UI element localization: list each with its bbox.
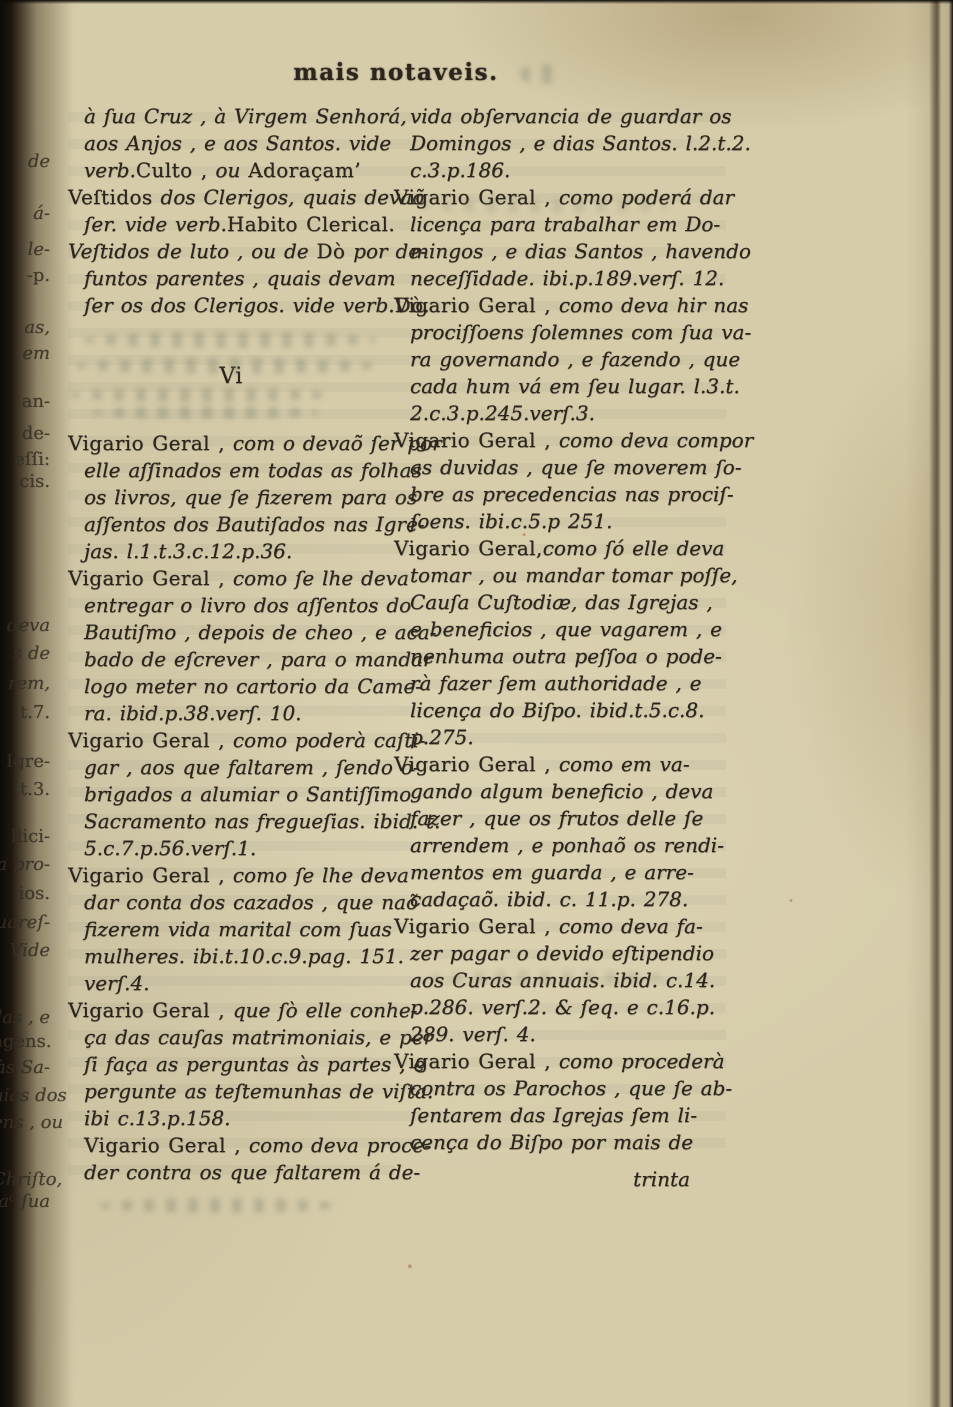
catchword: trinta <box>394 1167 690 1191</box>
text-line: fizerem vida marital com ſuas <box>68 916 394 943</box>
index-entry: Veſtidos de luto , ou de Dò por de-funto… <box>68 238 394 319</box>
gutter-text-fragment: ios. <box>0 884 50 904</box>
text-line: funtos parentes , quais devam <box>68 265 394 292</box>
text-line: rà fazer ſem authoridade , e <box>394 670 726 697</box>
text-line: licença do Biſpo. ibid.t.5.c.8. <box>394 697 726 724</box>
index-entry: à ſua Cruz , à Virgem Senhorá,aos Anjos … <box>68 103 394 184</box>
gutter-text-fragment: a pro- <box>0 855 50 875</box>
show-through-smudge <box>520 64 562 84</box>
text-line: gando algum beneficio , deva <box>394 778 726 805</box>
index-column-left: à ſua Cruz , à Virgem Senhorá,aos Anjos … <box>68 103 394 1186</box>
text-line: dar conta dos cazados , que naõ <box>68 889 394 916</box>
text-line: mulheres. ibi.t.10.c.9.pag. 151. <box>68 943 394 970</box>
index-entry: Vigario Geral,como ſó elle devatomar , o… <box>394 535 726 751</box>
show-through-smudge <box>430 970 670 983</box>
index-entry: Vigario Geral , que ſò elle conhe-ça das… <box>68 997 394 1132</box>
gutter-text-fragment: às Sa- <box>0 1058 50 1078</box>
text-line: cadaçaõ. ibid. c. 11.p. 278. <box>394 886 726 913</box>
gutter-text-fragment: de <box>0 152 50 172</box>
text-line: Vigario Geral , como deva proce- <box>68 1132 394 1159</box>
show-through-smudge <box>100 1198 338 1213</box>
gutter-text-fragment: uias dos <box>0 1086 50 1106</box>
scan-top-edge <box>0 0 953 4</box>
running-header: mais notaveis. <box>68 59 724 86</box>
text-line: Domingos , e dias Santos. l.2.t.2. <box>394 130 726 157</box>
text-line: der contra os que faltarem á de- <box>68 1159 394 1186</box>
index-entry: vida obſervancia de guardar osDomingos ,… <box>394 103 726 184</box>
gutter-text-fragment: .t.3. <box>0 780 50 800</box>
page-edge <box>929 0 953 1407</box>
gutter-text-fragment: cis. <box>0 472 50 492</box>
gutter-text-fragment: Chriſto, <box>0 1170 50 1190</box>
text-line: verſ.4. <box>68 970 394 997</box>
text-line: prociſſoens ſolemnes com ſua va- <box>394 319 726 346</box>
text-line: jas. l.1.t.3.c.12.p.36. <box>68 538 394 565</box>
text-line: Vigario Geral , como em va- <box>394 751 726 778</box>
text-line: ſer. vide verb.Habito Clerical. <box>68 211 394 238</box>
text-line: Vigario Geral , como procederà <box>394 1048 726 1075</box>
text-line: pergunte as teſtemunhas de viſta. <box>68 1078 394 1105</box>
text-line: mingos , e dias Santos , havendo <box>394 238 726 265</box>
text-line: neceſſidade. ibi.p.189.verſ. 12. <box>394 265 726 292</box>
text-line: brigados a alumiar o Santiſſimo <box>68 781 394 808</box>
show-through-smudge <box>76 358 378 374</box>
gutter-text-fragment: rem, <box>0 674 50 694</box>
index-entry: Vigario Geral , como ſe lhe devadar cont… <box>68 862 394 997</box>
text-line: p.286. verſ.2. & ſeq. e c.16.p. <box>394 994 726 1021</box>
index-column-right: vida obſervancia de guardar osDomingos ,… <box>394 103 726 1156</box>
text-line: Vigario Geral , que ſò elle conhe- <box>68 997 394 1024</box>
index-entry: Vigario Geral , com o devaõ ſer porelle … <box>68 430 394 565</box>
text-line: ibi c.13.p.158. <box>68 1105 394 1132</box>
text-line: Vigario Geral , como deva compor <box>394 427 726 454</box>
index-entry: Vigario Geral , como ſe lhe devaentregar… <box>68 565 394 727</box>
text-line: Vigario Geral , como deva fa- <box>394 913 726 940</box>
text-line: ſentarem das Igrejas ſem li- <box>394 1102 726 1129</box>
gutter-text-fragment: as, <box>0 318 50 338</box>
book-scan: mais notaveis. à ſua Cruz , à Virgem Sen… <box>0 0 953 1407</box>
gutter-text-fragment: -p. <box>0 266 50 286</box>
gutter-text-fragment: aᶜ ſua <box>0 1192 50 1212</box>
gutter-text-fragment: uareſ- <box>0 913 50 933</box>
text-line: 5.c.7.p.56.verſ.1. <box>68 835 394 862</box>
text-line: os livros, que ſe fizerem para os <box>68 484 394 511</box>
gutter-text-fragment: las , e <box>0 1008 50 1028</box>
text-line: 289. verſ. 4. <box>394 1021 726 1048</box>
gutter-text-fragment: ens , ou <box>0 1113 50 1133</box>
text-line: mentos em guarda , e arre- <box>394 859 726 886</box>
text-line: as duvidas , que ſe moverem ſo- <box>394 454 726 481</box>
text-line: Veſtidos de luto , ou de Dò por de- <box>68 238 394 265</box>
gutter-text-fragment: agens. <box>0 1032 50 1052</box>
gutter-text-fragment: t.7. <box>0 703 50 723</box>
show-through-smudge <box>84 332 376 348</box>
show-through-smudge <box>70 388 332 402</box>
text-line: aſſentos dos Bautiſados nas Igre- <box>68 511 394 538</box>
gutter-text-fragment: de- <box>0 424 50 444</box>
gutter-text-fragment: llici- <box>0 827 50 847</box>
text-line: ſi faça as perguntas às partes , e <box>68 1051 394 1078</box>
show-through-smudge <box>420 200 670 213</box>
text-line: ra. ibid.p.38.verſ. 10. <box>68 700 394 727</box>
text-line: zer pagar o devido eſtipendio <box>394 940 726 967</box>
gutter-text-fragment: le- <box>0 240 50 260</box>
text-line: 2.c.3.p.245.verſ.3. <box>394 400 726 427</box>
text-line: gar , aos que faltarem , ſendo o- <box>68 754 394 781</box>
text-line: nenhuma outra peſſoa o pode- <box>394 643 726 670</box>
text-line: Vigario Geral , com o devaõ ſer por <box>68 430 394 457</box>
text-line: verb.Culto , ou Adoraçam’ <box>68 157 394 184</box>
text-line: Veſtidos dos Clerigos, quais devaõ <box>68 184 394 211</box>
text-line: bado de eſcrever , para o mandar <box>68 646 394 673</box>
text-line: Sacramento nas fregueſias. ibid. t. <box>68 808 394 835</box>
gutter-text-fragment: an- <box>0 392 50 412</box>
text-line: c.3.p.186. <box>394 157 726 184</box>
show-through-smudge <box>92 406 318 419</box>
text-line: ça das cauſas matrimoniais, e per <box>68 1024 394 1051</box>
text-line: Vigario Geral , como poderà caſti- <box>68 727 394 754</box>
text-line: e beneficios , que vagarem , e <box>394 616 726 643</box>
text-line: vida obſervancia de guardar os <box>394 103 726 130</box>
index-entry: Vigario Geral , como procederàcontra os … <box>394 1048 726 1156</box>
text-line: arrendem , e ponhaõ os rendi- <box>394 832 726 859</box>
index-entry: Vigario Geral , como deva comporas duvid… <box>394 427 726 535</box>
gutter-text-fragment: Vide <box>0 941 50 961</box>
text-line: Vigario Geral,como ſó elle deva <box>394 535 726 562</box>
text-line: ſer os dos Clerigos. vide verb.Dò. <box>68 292 394 319</box>
gutter-text-fragment: em <box>0 344 50 364</box>
index-entry: Veſtidos dos Clerigos, quais devaõſer. v… <box>68 184 394 238</box>
text-line: licença para trabalhar em Do- <box>394 211 726 238</box>
text-line: Vigario Geral , como deva hir nas <box>394 292 726 319</box>
index-entry: Vigario Geral , como poderà caſti-gar , … <box>68 727 394 862</box>
index-entry: Vigario Geral , como em va-gando algum b… <box>394 751 726 913</box>
text-line: fazer , que os frutos delle ſe <box>394 805 726 832</box>
text-line: entregar o livro dos aſſentos do <box>68 592 394 619</box>
text-line: contra os Parochos , que ſe ab- <box>394 1075 726 1102</box>
text-line: cada hum vá em ſeu lugar. l.3.t. <box>394 373 726 400</box>
text-line: Vigario Geral , como ſe lhe deva <box>68 565 394 592</box>
text-line: ra governando , e fazendo , que <box>394 346 726 373</box>
text-line: p.275. <box>394 724 726 751</box>
text-line: bre as precedencias nas prociſ- <box>394 481 726 508</box>
book-page: mais notaveis. à ſua Cruz , à Virgem Sen… <box>0 0 953 1407</box>
gutter-text-fragment: á- <box>0 204 50 224</box>
text-line: tomar , ou mandar tomar poſſe, <box>394 562 726 589</box>
gutter-text-fragment: deva <box>0 616 50 636</box>
gutter-text-fragment: Igre- <box>0 752 50 772</box>
text-line: aos Anjos , e aos Santos. vide <box>68 130 394 157</box>
text-line: logo meter no cartorio da Came- <box>68 673 394 700</box>
text-line: cença do Biſpo por mais de <box>394 1129 726 1156</box>
index-entry: Vigario Geral , como deva proce-der cont… <box>68 1132 394 1186</box>
gutter-text-fragment: eſſi: <box>0 450 50 470</box>
text-line: elle aſſinados em todas as folhas <box>68 457 394 484</box>
index-entry: Vigario Geral , como deva hir nasprociſſ… <box>394 292 726 427</box>
text-line: ſoens. ibi.c.5.p 251. <box>394 508 726 535</box>
text-line: Cauſa Cuſtodiæ, das Igrejas , <box>394 589 726 616</box>
gutter-text-fragment: s de <box>0 644 50 664</box>
text-line: Bautiſmo , depois de cheo , e aca- <box>68 619 394 646</box>
text-line: à ſua Cruz , à Virgem Senhorá, <box>68 103 394 130</box>
text-line: Vigario Geral , como ſe lhe deva <box>68 862 394 889</box>
